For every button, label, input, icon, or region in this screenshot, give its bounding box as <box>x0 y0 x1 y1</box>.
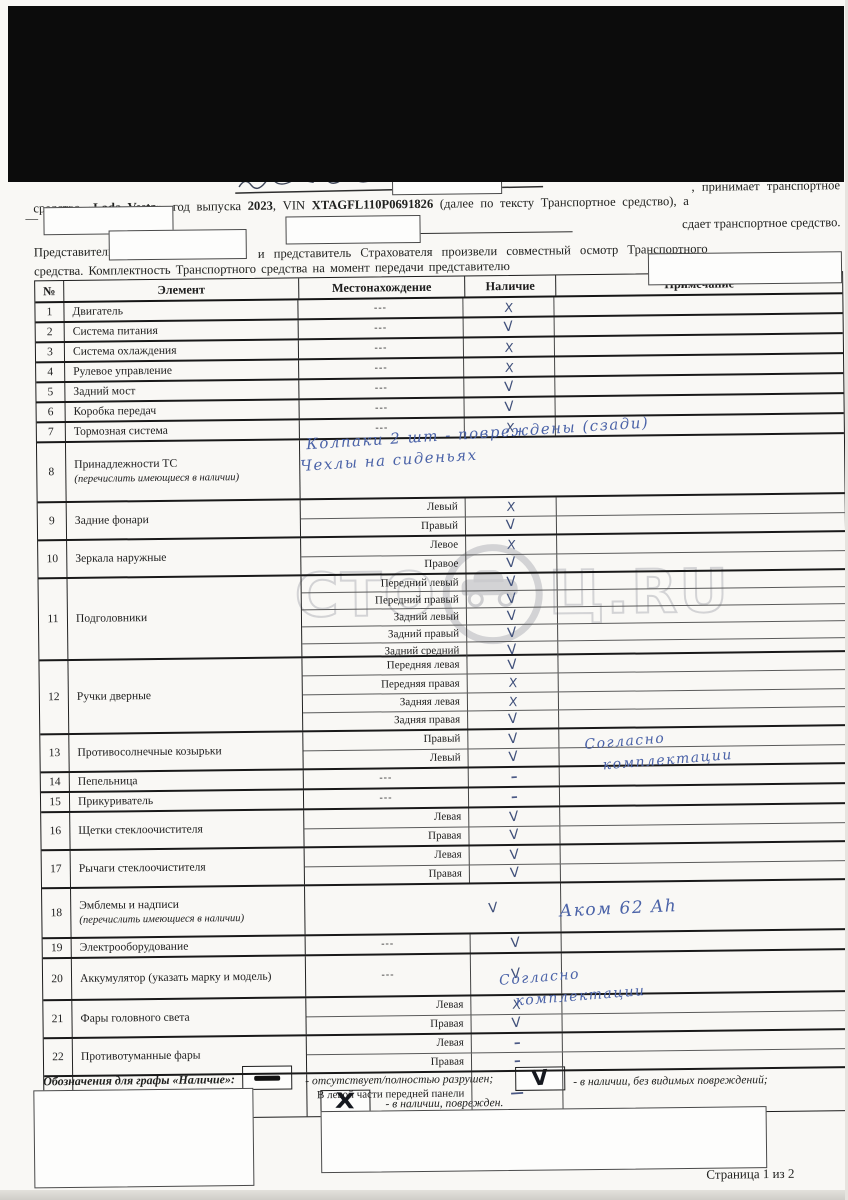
note-cell <box>557 532 845 553</box>
check-mark: V <box>504 378 514 396</box>
check-mark: V <box>509 808 519 826</box>
row-number: 16 <box>41 813 70 849</box>
dash-mark: – <box>513 1053 521 1069</box>
note-cell <box>563 1030 848 1051</box>
location-cell: --- <box>304 788 469 808</box>
check-mark: V <box>507 573 517 591</box>
presence-cell: V <box>468 748 559 767</box>
row-number: 20 <box>43 959 72 999</box>
check-mark: V <box>507 590 517 608</box>
vehicle-line-text: , VIN <box>273 198 312 212</box>
table-row: 12Ручки дверныеПередняя леваяVПередняя п… <box>39 652 847 735</box>
check-mark: V <box>505 398 515 416</box>
note-cell <box>563 1049 848 1070</box>
element-name: Двигатель <box>64 300 298 321</box>
row-number: 13 <box>40 735 69 771</box>
note-cell <box>560 823 848 844</box>
presence-cell: X <box>468 692 559 710</box>
location-cell: Правая <box>306 1015 471 1034</box>
vehicle-line-text: (далее по тексту Транспортное средство),… <box>433 194 689 211</box>
check-mark: V <box>511 934 521 952</box>
location-cell: Левый <box>303 749 468 768</box>
check-mark: V <box>504 318 514 336</box>
note-cell <box>560 804 848 825</box>
presence-cell: V <box>464 317 555 336</box>
redacted-field <box>109 229 247 261</box>
cross-mark: X <box>504 339 513 354</box>
sub-rows: ПравыйVЛевыйV <box>303 726 847 768</box>
presence-cell: X <box>464 337 555 356</box>
row-number: 10 <box>38 541 67 577</box>
row-number: 6 <box>37 403 66 421</box>
note-cell <box>558 604 846 623</box>
note-cell <box>562 930 848 951</box>
col-header-number: № <box>35 281 64 301</box>
note-cell <box>559 670 847 691</box>
table-body: 1Двигатель---X2Система питания---V3Систе… <box>35 294 848 1119</box>
element-name: Подголовники <box>68 576 303 659</box>
row-number: 8 <box>37 443 67 501</box>
presence-cell: V <box>467 655 558 673</box>
row-number: 5 <box>36 383 65 401</box>
element-name: Противотуманные фары <box>73 1036 307 1075</box>
note-cell <box>557 551 845 572</box>
presence-cell: X <box>466 497 557 516</box>
row-number: 3 <box>36 343 65 361</box>
location-cell: Левая <box>305 846 470 865</box>
page-bottom-edge <box>0 1190 848 1200</box>
location-cell: Правый <box>303 730 468 749</box>
sub-rows: ЛеваяVПраваяV <box>305 842 848 884</box>
dash-mark: — <box>510 1085 524 1102</box>
location-cell: Правая <box>305 865 470 884</box>
location-cell: Левый <box>301 498 466 517</box>
presence-cell: X <box>468 674 559 692</box>
location-cell: Правый <box>301 517 466 536</box>
row-number: 22 <box>44 1039 73 1075</box>
check-mark: V <box>506 554 516 572</box>
element-name: Тормозная система <box>66 420 300 441</box>
element-name: Принадлежности ТС(перечислить имеющиеся … <box>66 440 301 501</box>
location-cell: --- <box>300 398 465 418</box>
element-name: Зеркала наружные <box>67 538 301 577</box>
note-cell <box>562 1011 848 1032</box>
element-name: Противосолнечные козырьки <box>69 732 303 771</box>
element-name: Фары головного света <box>72 998 306 1037</box>
check-mark: V <box>508 748 518 766</box>
presence-cell: – <box>469 767 560 786</box>
vehicle-year: 2023 <box>248 199 273 213</box>
presence-cell: V <box>471 933 562 952</box>
location-cell: --- <box>299 318 464 338</box>
row-number: 15 <box>41 793 70 811</box>
row-number: 14 <box>41 773 70 791</box>
presence-cell: V <box>468 710 559 728</box>
presence-cell: V <box>466 573 557 590</box>
presence-cell: V <box>469 807 560 826</box>
location-cell: Правая <box>307 1053 472 1072</box>
redacted-field <box>285 215 420 245</box>
table-row: 18Эмблемы и надписи(перечислить имеющиес… <box>42 880 848 939</box>
row-number: 17 <box>42 851 71 887</box>
cross-mark: X <box>508 693 517 708</box>
sub-rows: Передняя леваяVПередняя праваяXЗадняя ле… <box>302 652 847 730</box>
redacted-signature-area <box>33 1088 254 1188</box>
location-cell: --- <box>306 934 471 954</box>
element-name: Рулевое управление <box>65 360 299 381</box>
dash-mark: – <box>510 789 518 805</box>
row-number: 11 <box>39 579 69 659</box>
note-cell <box>559 689 847 710</box>
col-header-element: Элемент <box>64 278 299 301</box>
element-name: Аккумулятор (указать марку и модель) <box>72 956 306 999</box>
cross-mark: X <box>508 675 517 690</box>
location-cell: Задний левый <box>302 608 467 626</box>
location-cell: Передний левый <box>301 574 466 592</box>
element-name: Задний мост <box>65 380 299 401</box>
row-number: 12 <box>39 661 69 733</box>
sub-rows: Передний левыйVПередний правыйVЗадний ле… <box>301 570 846 656</box>
check-mark: V <box>510 864 520 882</box>
signature-line <box>421 231 573 234</box>
location-cell: --- <box>299 378 464 398</box>
location-cell: Левая <box>307 1034 472 1053</box>
col-header-location: Местонахождение <box>299 276 465 298</box>
location-cell: Задняя правая <box>303 711 468 730</box>
check-mark: V <box>507 656 517 674</box>
presence-cell: V <box>471 1014 562 1033</box>
note-cell <box>558 587 846 606</box>
presence-cell: V <box>464 377 555 396</box>
presence-cell: V <box>467 607 558 624</box>
check-mark: V <box>509 826 519 844</box>
check-mark: V <box>510 846 520 864</box>
row-number: 18 <box>42 889 72 937</box>
note-cell <box>555 394 843 415</box>
presence-cell: V <box>466 554 557 573</box>
row-number: 4 <box>36 363 65 381</box>
element-name: Ручки дверные <box>68 658 303 733</box>
location-cell: Левая <box>304 808 469 827</box>
element-name: Прикуриватель <box>70 790 304 811</box>
presence-cell: V <box>470 864 561 883</box>
note-cell <box>555 354 843 375</box>
dash-mark: — <box>25 211 38 226</box>
location-cell: --- <box>299 338 464 358</box>
note-cell <box>559 707 847 728</box>
sub-rows: ЛевоеXПравоеV <box>301 532 845 574</box>
presence-cell: X <box>463 297 554 316</box>
note-cell <box>555 374 843 395</box>
presence-cell: V <box>467 590 558 607</box>
representative-label: Представитель <box>34 244 114 260</box>
location-cell: Левое <box>301 536 466 555</box>
location-cell: Передняя правая <box>303 675 468 694</box>
note-cell <box>557 570 845 589</box>
presence-cell: – <box>472 1052 563 1071</box>
row-number: 21 <box>43 1001 72 1037</box>
note-cell <box>558 652 846 673</box>
location-cell: Правое <box>301 555 466 574</box>
cross-mark: X <box>506 537 515 552</box>
note-cell <box>555 314 843 335</box>
inspection-table: № Элемент Местонахождение Наличие Примеч… <box>34 271 848 1120</box>
location-cell: --- <box>299 358 464 378</box>
element-name: Коробка передач <box>66 400 300 421</box>
presence-cell: V <box>464 397 555 416</box>
presence-cell: V <box>469 826 560 845</box>
element-name: Пепельница <box>70 770 304 791</box>
location-cell: Задний правый <box>302 625 467 643</box>
location-cell: Левая <box>306 996 471 1015</box>
location-cell: --- <box>306 954 471 996</box>
presence-cell: – <box>469 787 560 806</box>
redacted-signature-area <box>321 1106 768 1173</box>
merged-cell: V <box>305 883 562 934</box>
row-number: 2 <box>36 323 65 341</box>
hands-over-line: сдает транспортное средство. <box>580 215 840 233</box>
element-name: Электрооборудование <box>72 936 306 957</box>
note-cell <box>557 494 845 515</box>
row-number: 9 <box>38 503 67 539</box>
location-cell: Передняя левая <box>302 656 467 675</box>
row-number: 19 <box>43 939 72 957</box>
col-header-presence: Наличие <box>465 275 556 296</box>
check-mark: V <box>508 730 518 748</box>
cross-mark: X <box>506 499 515 514</box>
redacted-field <box>648 251 842 285</box>
note-cell <box>558 621 846 640</box>
presence-cell: V <box>470 845 561 864</box>
element-name: Задние фонари <box>67 500 301 539</box>
element-name: Система питания <box>65 320 299 341</box>
dash-mark: – <box>513 1034 521 1050</box>
note-cell <box>555 334 843 355</box>
vehicle-vin: XTAGFL110P0691826 <box>312 197 434 212</box>
redaction-box <box>8 6 844 182</box>
check-mark: V <box>508 711 518 729</box>
location-cell: --- <box>298 298 463 318</box>
cross-mark: X <box>504 299 513 314</box>
presence-cell: V <box>468 729 559 748</box>
element-name: Рычаги стеклоочистителя <box>71 848 305 887</box>
row-number: 7 <box>37 423 66 441</box>
row-number: 1 <box>35 303 64 321</box>
note-cell <box>557 513 845 534</box>
note-cell <box>561 861 848 882</box>
scanned-inspection-act-page: , принимает транспортное средство «Lada … <box>0 0 848 1200</box>
table-row: 11ПодголовникиПередний левыйVПередний пр… <box>39 570 847 661</box>
check-mark: V <box>512 1014 522 1032</box>
location-cell: Передний правый <box>302 591 467 609</box>
element-name: Эмблемы и надписи(перечислить имеющиеся … <box>71 886 306 937</box>
presence-cell: V <box>466 516 557 535</box>
check-mark: V <box>488 899 498 917</box>
location-cell: Правая <box>304 827 469 846</box>
check-mark: V <box>507 624 517 642</box>
element-name: Система охлаждения <box>65 340 299 361</box>
sub-rows: Левая–Правая– <box>307 1030 848 1072</box>
note-cell <box>560 784 848 805</box>
dash-mark: – <box>510 769 518 785</box>
presence-cell: X <box>466 535 557 554</box>
sub-rows: ЛевыйXПравыйV <box>301 494 845 536</box>
note-cell <box>561 842 848 863</box>
location-cell: --- <box>304 768 469 788</box>
presence-cell: – <box>472 1033 563 1052</box>
sub-rows: ЛеваяVПраваяV <box>304 804 848 846</box>
check-mark: V <box>507 607 517 625</box>
presence-cell: V <box>467 624 558 641</box>
location-cell: Задняя левая <box>303 693 468 712</box>
presence-cell: X <box>464 357 555 376</box>
note-cell <box>554 294 842 315</box>
check-mark: V <box>506 516 516 534</box>
element-name: Щетки стеклоочистителя <box>70 810 304 849</box>
cross-mark: X <box>504 359 513 374</box>
